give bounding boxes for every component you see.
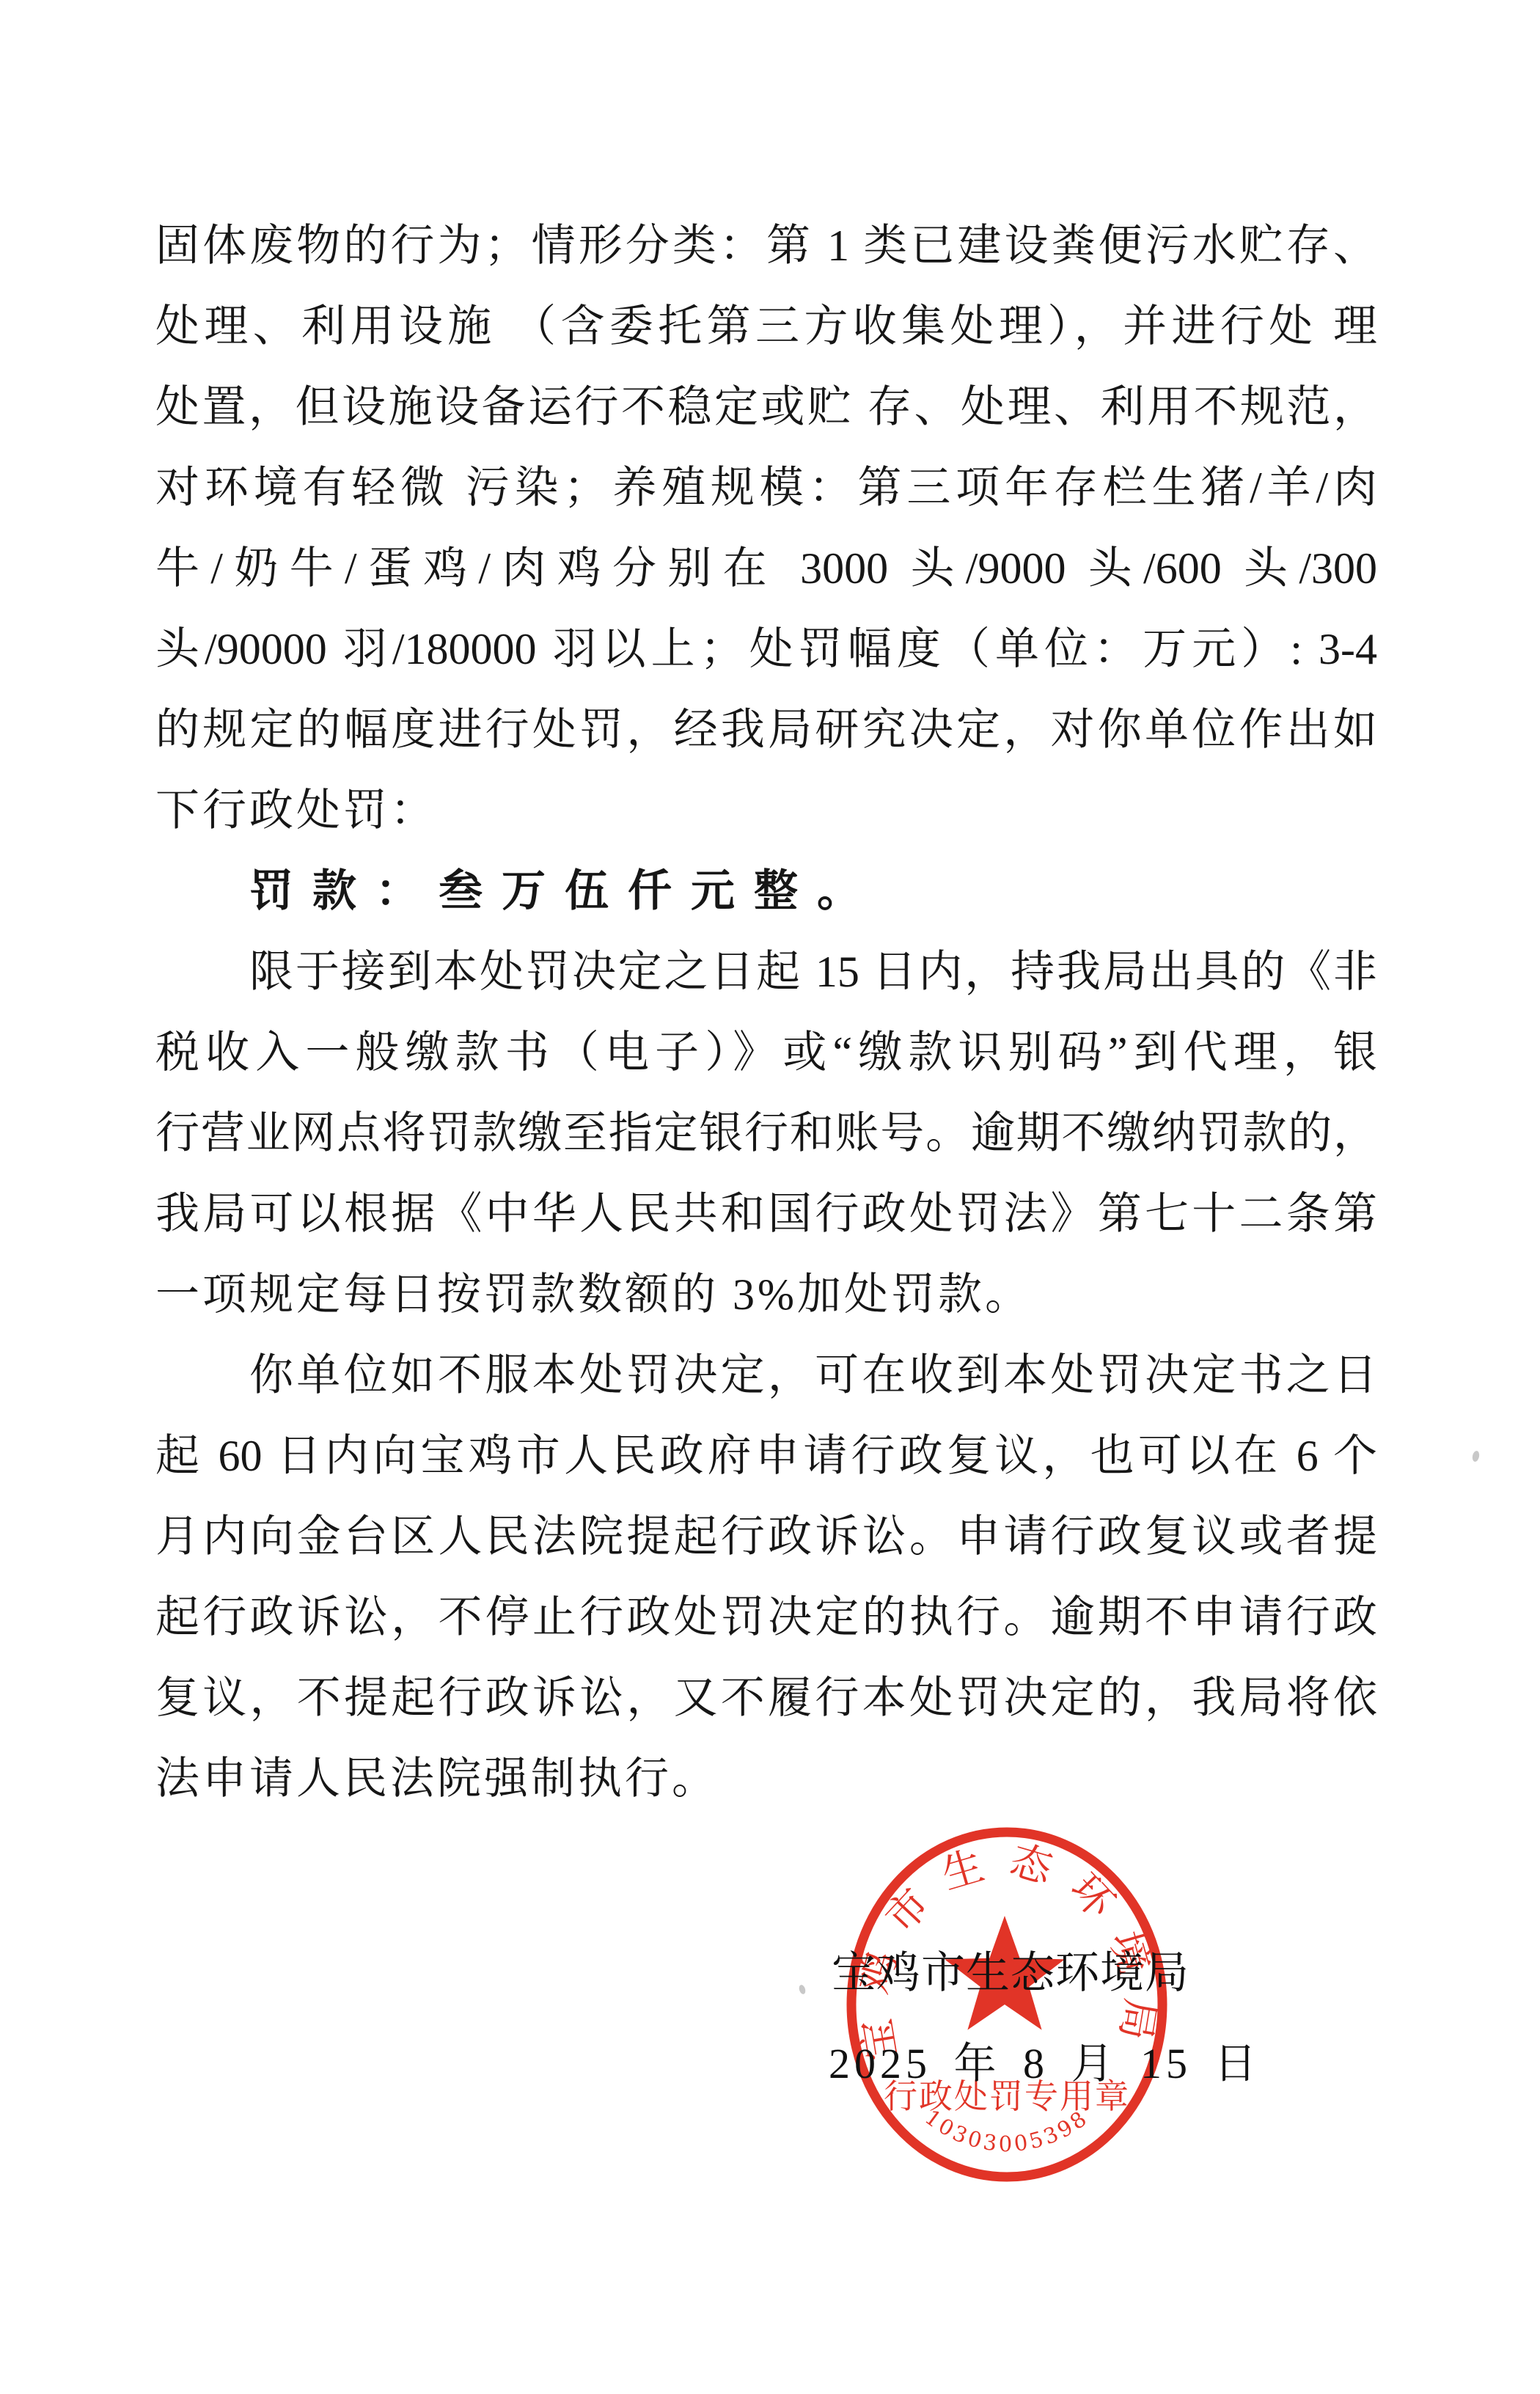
- signing-date: 2025 年 8 月 15 日: [829, 2029, 1261, 2090]
- signing-agency: 宝鸡市生态环境局: [832, 1938, 1189, 2001]
- body-line: 你单位如不服本处罚决定，可在收到本处罚决定书之日: [155, 1335, 1377, 1416]
- body-line: 行营业网点将罚款缴至指定银行和账号。逾期不缴纳罚款的，: [155, 1093, 1377, 1174]
- body-line: 月内向金台区人民法院提起行政诉讼。申请行政复议或者提: [155, 1496, 1377, 1577]
- penalty-amount-line: 罚款：叁万伍仟元整。: [155, 851, 1377, 931]
- official-seal: 宝鸡市生态环境局 行政处罚专用章 6103030053989: [840, 1823, 1175, 2184]
- body-line: 限于接到本处罚决定之日起 15 日内，持我局出具的《非: [155, 931, 1377, 1012]
- scan-artifact: [798, 1984, 807, 1995]
- document-body: 固体废物的行为；情形分类：第 1 类已建设粪便污水贮存、 处理、利用设施 （含委…: [155, 205, 1377, 1819]
- body-line: 对环境有轻微 污染；养殖规模：第三项年存栏生猪/羊/肉: [155, 447, 1377, 528]
- body-line: 一项规定每日按罚款数额的 3%加处罚款。: [155, 1254, 1377, 1335]
- body-line: 起 60 日内向宝鸡市人民政府申请行政复议，也可以在 6 个: [155, 1416, 1377, 1496]
- body-line: 我局可以根据《中华人民共和国行政处罚法》第七十二条第: [155, 1174, 1377, 1254]
- body-line: 头/90000 羽/180000 羽以上；处罚幅度（单位：万元）: 3-4: [155, 609, 1377, 689]
- body-line: 牛/奶牛/蛋鸡/肉鸡分别在 3000 头/9000 头/600 头/300: [155, 528, 1377, 609]
- body-line: 复议，不提起行政诉讼，又不履行本处罚决定的，我局将依: [155, 1658, 1377, 1738]
- body-line: 税收入一般缴款书（电子）》或“缴款识别码”到代理，银: [155, 1012, 1377, 1093]
- scanned-penalty-document: { "doc": { "lines": [ {"text": "固体废物的行为；…: [0, 0, 1540, 2394]
- body-line: 下行政处罚：: [155, 770, 1377, 851]
- body-line: 法申请人民法院强制执行。: [155, 1738, 1377, 1819]
- body-line: 处理、利用设施 （含委托第三方收集处理），并进行处 理: [155, 286, 1377, 367]
- body-line: 的规定的幅度进行处罚，经我局研究决定，对你单位作出如: [155, 689, 1377, 770]
- body-line: 固体废物的行为；情形分类：第 1 类已建设粪便污水贮存、: [155, 205, 1377, 286]
- scan-artifact: [1472, 1450, 1481, 1463]
- body-line: 处置，但设施设备运行不稳定或贮 存、处理、利用不规范，: [155, 367, 1377, 447]
- body-line: 起行政诉讼，不停止行政处罚决定的执行。逾期不申请行政: [155, 1577, 1377, 1658]
